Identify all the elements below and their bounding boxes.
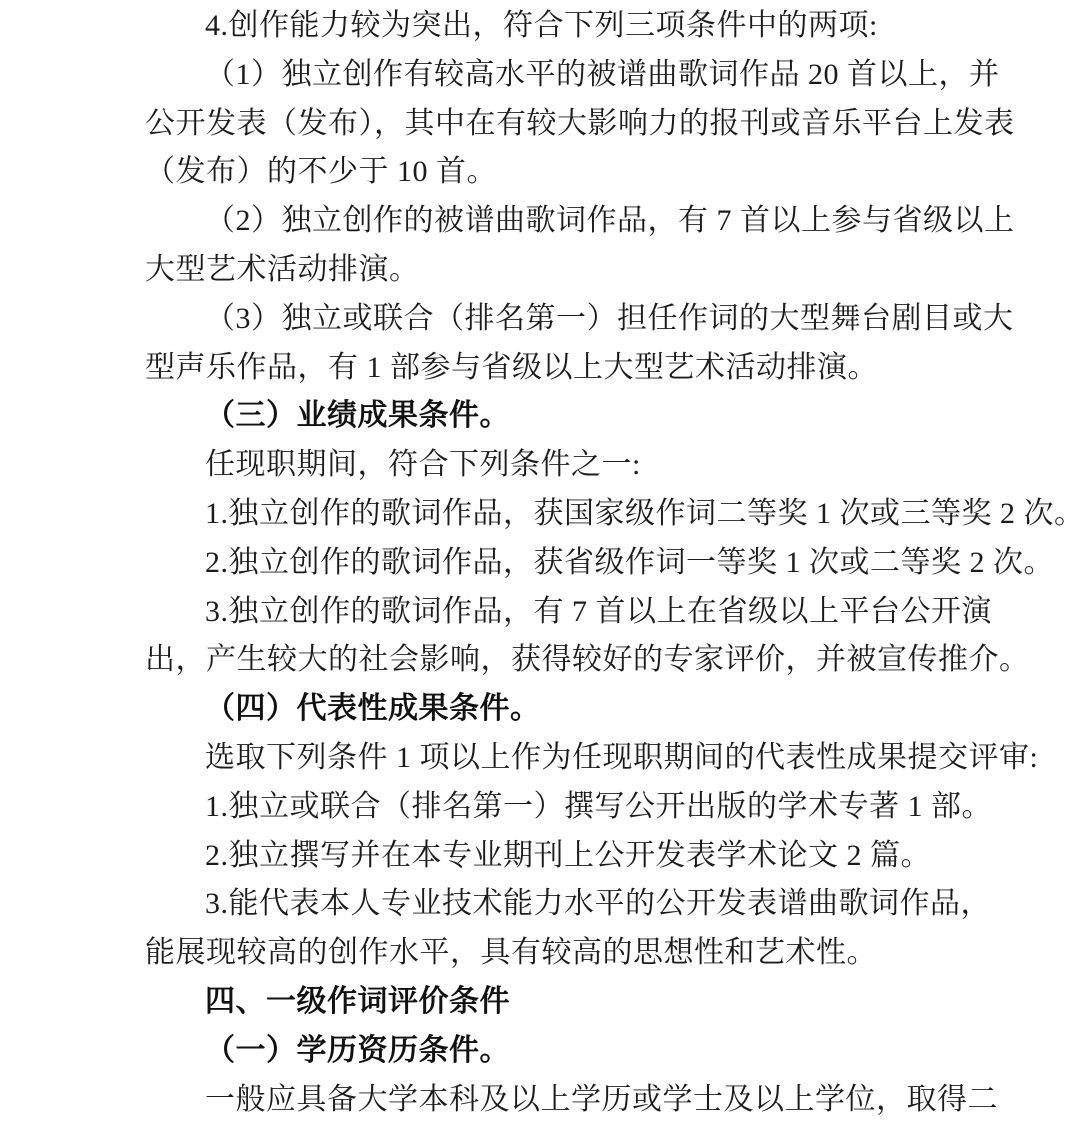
text-line-condition-3-end: 型声乐作品，有 1 部参与省级以上大型艺术活动排演。 xyxy=(145,344,948,393)
chapter-heading-level1-lyricist-criteria: 四、一级作词评价条件 xyxy=(145,978,948,1027)
document-page: 4.创作能力较为突出，符合下列三项条件中的两项: （1）独立创作有较高水平的被谱… xyxy=(0,0,1080,1126)
text-line-creation-ability-intro: 4.创作能力较为突出，符合下列三项条件中的两项: xyxy=(145,2,948,51)
text-line-award-provincial: 2.独立创作的歌词作品，获省级作词一等奖 1 次或二等奖 2 次。 xyxy=(145,539,948,588)
text-line-tenure-intro: 任现职期间，符合下列条件之一: xyxy=(145,441,948,490)
text-line-representative-intro: 选取下列条件 1 项以上作为任现职期间的代表性成果提交评审: xyxy=(145,734,948,783)
text-line-award-national: 1.独立创作的歌词作品，获国家级作词二等奖 1 次或三等奖 2 次。 xyxy=(145,490,948,539)
text-line-public-performance-start: 3.独立创作的歌词作品，有 7 首以上在省级以上平台公开演 xyxy=(145,588,948,637)
section-heading-representative-results: （四）代表性成果条件。 xyxy=(145,685,948,734)
text-line-monograph: 1.独立或联合（排名第一）撰写公开出版的学术专著 1 部。 xyxy=(145,783,948,832)
text-line-condition-2-start: （2）独立创作的被谱曲歌词作品，有 7 首以上参与省级以上 xyxy=(145,197,948,246)
section-heading-performance-results: （三）业绩成果条件。 xyxy=(145,392,948,441)
section-heading-education-seniority: （一）学历资历条件。 xyxy=(145,1027,948,1076)
text-line-condition-1-start: （1）独立创作有较高水平的被谱曲歌词作品 20 首以上，并 xyxy=(145,51,948,100)
text-line-condition-3-start: （3）独立或联合（排名第一）担任作词的大型舞台剧目或大 xyxy=(145,295,948,344)
text-line-papers: 2.独立撰写并在本专业期刊上公开发表学术论文 2 篇。 xyxy=(145,832,948,881)
text-line-condition-1-end: （发布）的不少于 10 首。 xyxy=(145,148,948,197)
text-line-representative-works-start: 3.能代表本人专业技术能力水平的公开发表谱曲歌词作品， xyxy=(145,880,948,929)
text-line-condition-2-end: 大型艺术活动排演。 xyxy=(145,246,948,295)
text-line-public-performance-end: 出，产生较大的社会影响，获得较好的专家评价，并被宣传推介。 xyxy=(145,636,948,685)
text-line-condition-1-cont: 公开发表（发布），其中在有较大影响力的报刊或音乐平台上发表 xyxy=(145,100,948,149)
text-line-representative-works-end: 能展现较高的创作水平，具有较高的思想性和艺术性。 xyxy=(145,929,948,978)
text-line-education-requirement: 一般应具备大学本科及以上学历或学士及以上学位，取得二 xyxy=(145,1076,948,1125)
